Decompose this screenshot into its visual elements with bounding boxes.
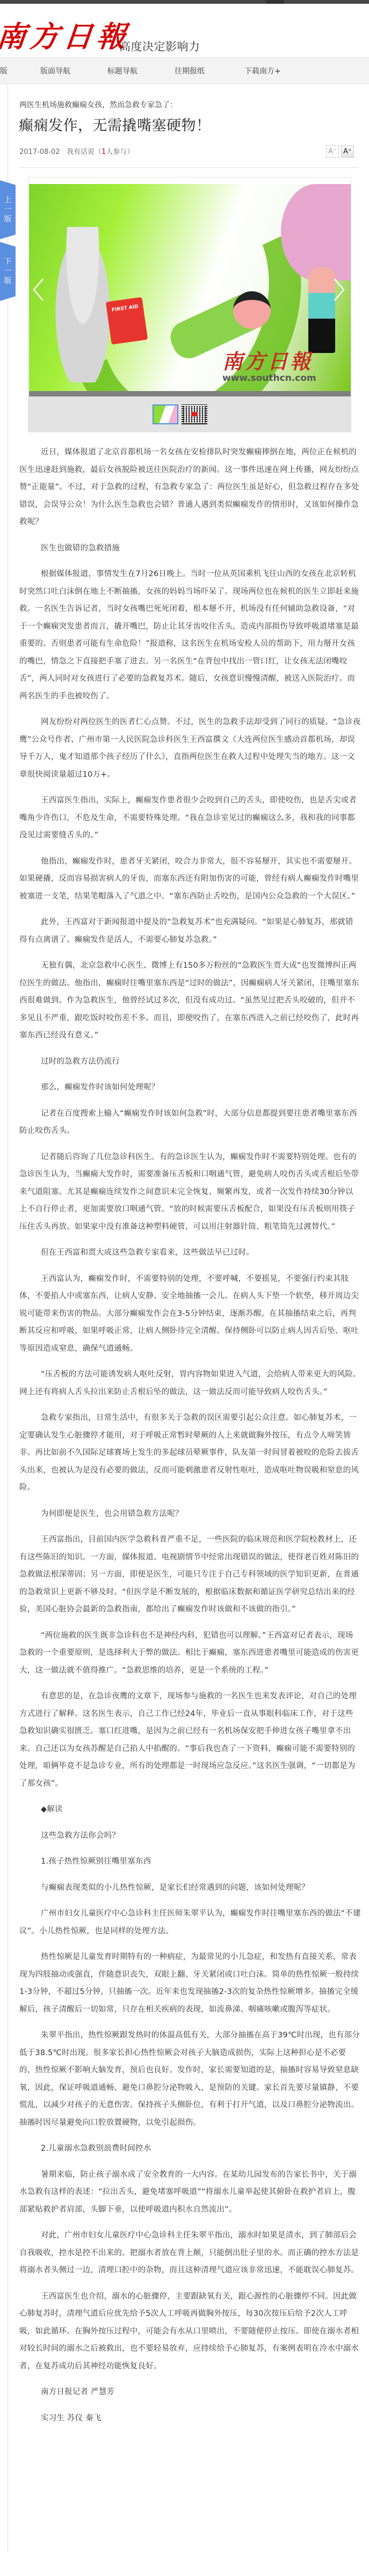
paragraph: 与癫痫表现类似的小儿热性惊厥，是家长们经常遇到的问题，该如何处理呢？ bbox=[19, 1879, 361, 1897]
paragraph: 热性惊厥是儿童发育时期特有的一种病症，为最常见的小儿急症，和发热有直接关系，常表… bbox=[19, 1948, 361, 2018]
paragraph: 根据媒体报道，事情发生在7月26日晚上。当时一位从英国乘机飞往山西的女孩在北京转… bbox=[19, 565, 361, 705]
next-tab-char: 一 bbox=[4, 267, 12, 276]
article-body: 近日，媒体报道了北京首都机场一名女孩在安检排队时突发癫痫摔倒在地，两位正在候机的… bbox=[19, 444, 361, 2435]
nav-item-title-nav[interactable]: 标题导航 bbox=[107, 65, 138, 76]
prev-tab-char: 上 bbox=[4, 195, 12, 205]
article-meta: 2017-08-02 我有话说（1人参与） bbox=[19, 146, 134, 156]
newspaper-logo[interactable]: 南方日報 bbox=[0, 18, 132, 55]
next-tab-char: 下 bbox=[4, 257, 12, 267]
paragraph: 记者在百度搜索上输入“癫痫发作时该如何急救”时，大部分信息都提到要往患者嘴里塞东… bbox=[19, 1105, 361, 1140]
chevron-right-icon bbox=[334, 278, 345, 301]
seizing-child-head bbox=[233, 291, 271, 329]
top-bar-segment bbox=[266, 0, 284, 4]
watermark-logo: 南方日報 bbox=[222, 345, 313, 374]
paragraph: 王西富指出，目前国内医学急救科普严重不足，一些医院的临床规范和医学院校教材上，还… bbox=[19, 1531, 361, 1618]
nav-item-archive[interactable]: 往期报纸 bbox=[175, 65, 205, 76]
watermark-url: www.southcn.com bbox=[222, 373, 316, 384]
main-nav: 版 版面导航 标题导航 往期报纸 下载南方+ bbox=[0, 57, 369, 84]
paragraph: 但在王西富和贾大成这些急救专家看来，这些做法早已过时。 bbox=[19, 1244, 361, 1262]
paragraph: 王西富医生指出，实际上，癫痫发作患者很少会咬到自己的舌头，即使咬伤，也是舌尖或者… bbox=[19, 792, 361, 844]
browser-top-bar bbox=[0, 0, 369, 4]
paragraph: “两位施救的医生既非急诊科也不是神经内科，犯错也可以理解。”王西富对记者表示，现… bbox=[19, 1627, 361, 1680]
paragraph: “压舌板的方法可能诱发病人呕吐反射，胃内容物如果进入气道，会给病人带来更大的风险… bbox=[19, 1366, 361, 1401]
next-edition-tab[interactable]: 下 一 版 bbox=[0, 242, 16, 301]
next-tab-char: 版 bbox=[4, 276, 12, 286]
slogan: 高度决定影响力 bbox=[119, 38, 200, 54]
bystander-boy bbox=[308, 267, 335, 353]
paragraph: 此外，王西富对于新闻报道中提及的“急救复苏术”也充满疑问。“如果是心肺复苏，那就… bbox=[19, 914, 361, 948]
article-title: 癫痫发作，无需撬嘴塞硬物！ bbox=[19, 114, 211, 135]
section-heading: 这些急救方法你会吗？ bbox=[19, 1827, 361, 1845]
prev-edition-tab[interactable]: 上 一 版 bbox=[0, 180, 16, 239]
section-heading: ◆解读 bbox=[19, 1801, 361, 1819]
section-heading: 医生也做错的急救措施 bbox=[19, 540, 361, 557]
meta-divider bbox=[19, 167, 359, 168]
first-aid-box: FIRST AID bbox=[106, 297, 148, 345]
paragraph: 那么，癫痫发作时该如何处理呢？ bbox=[19, 1079, 361, 1096]
nav-item-page-nav[interactable]: 版面导航 bbox=[40, 65, 70, 76]
qr-code-thumbnail[interactable] bbox=[182, 404, 207, 424]
paragraph: 暑期来临，防止孩子溺水成了安全教育的一大内容。在某幼儿园发布的告家长书中，关于溺… bbox=[19, 2166, 361, 2219]
byline-interns: 实习生 苏仪 秦飞 bbox=[19, 2410, 361, 2427]
image-gallery: FIRST AID 南方日報 www.southcn.com bbox=[28, 177, 351, 432]
site-header: 南方日報 高度决定影响力 bbox=[0, 4, 369, 57]
comment-link[interactable]: 我有话说（1人参与） bbox=[67, 148, 134, 156]
font-size-controls: A⁻ A⁺ bbox=[326, 145, 354, 158]
paragraph: 近日，媒体报道了北京首都机场一名女孩在安检排队时突发癫痫摔倒在地，两位正在候机的… bbox=[19, 444, 361, 531]
paragraph: 对此，广州市妇女儿童医疗中心急诊科主任朱翠平指出，溺水时如果是清水，到了肺部后会… bbox=[19, 2227, 361, 2279]
publish-date: 2017-08-02 bbox=[19, 148, 60, 156]
nav-item-download-app[interactable]: 下载南方+ bbox=[244, 65, 281, 76]
paragraph: 他指出，癫痫发作时，患者牙关紧闭，咬合力非常大，很不容易掰开，其实也不需要掰开。… bbox=[19, 853, 361, 906]
section-heading: 为何即便是医生，也会用错急救方法呢？ bbox=[19, 1505, 361, 1523]
paragraph: 有意思的是，在急诊夜鹰的文章下，现场参与施救的一名医生也来发表评论，对自己的处理… bbox=[19, 1688, 361, 1792]
paragraph: 王西富认为，癫痫发作时，不需要特别的处理，不要呼喊，不要摇晃，不要强行约束其肢体… bbox=[19, 1270, 361, 1358]
section-heading: 2.儿童溺水急救别浪费时间控水 bbox=[19, 2140, 361, 2158]
section-heading: 过时的急救方法仍流行 bbox=[19, 1053, 361, 1071]
byline-reporter: 南方日报记者 严慧芳 bbox=[19, 2383, 361, 2401]
comment-suffix: 人参与） bbox=[106, 148, 134, 156]
paragraph: 朱翠平指出，热性惊厥跟发热时的体温高低有关，大部分抽搐在高于39℃时出现，也有部… bbox=[19, 2027, 361, 2131]
paragraph: 网友纷纷对两位医生的医者仁心点赞。不过，医生的急救手法却受到了同行的质疑。“急诊… bbox=[19, 713, 361, 783]
prev-tab-char: 版 bbox=[4, 215, 12, 224]
paragraph: 王西富医生也介绍，溺水的心脏骤停，主要跟缺氧有关，跟心源性的心脏骤停不同。因此做… bbox=[19, 2288, 361, 2375]
doctor-figure bbox=[53, 227, 112, 382]
comment-prefix: 我有话说（ bbox=[67, 148, 102, 156]
font-decrease-button[interactable]: A⁻ bbox=[326, 145, 339, 158]
inset-circle-illustration bbox=[281, 184, 351, 281]
paragraph: 广州市妇女儿童医疗中心急诊科主任医师朱翠平认为，癫痫发作时往嘴里塞东西的做法“不… bbox=[19, 1905, 361, 1940]
gallery-next-arrow[interactable] bbox=[334, 278, 345, 301]
gallery-prev-arrow[interactable] bbox=[32, 278, 44, 301]
article-illustration: FIRST AID 南方日報 www.southcn.com bbox=[29, 184, 351, 391]
illustration-thumbnail[interactable] bbox=[153, 404, 178, 424]
section-heading: 1.孩子热性惊厥别往嘴里塞东西 bbox=[19, 1853, 361, 1871]
thumbnail-strip bbox=[28, 396, 351, 432]
chevron-left-icon bbox=[32, 278, 44, 301]
nav-item-edition[interactable]: 版 bbox=[0, 65, 8, 76]
article-subtitle: 两医生机场施救癫痫女孩，然而急救专家急了： bbox=[19, 99, 177, 110]
paragraph: 无独有偶，北京急救中心医生、微博上有150多万粉丝的“急救医生贾大成”也发微博纠… bbox=[19, 957, 361, 1044]
paragraph: 急救专家指出，日常生活中，有很多关于急救的误区需要引起公众注意。如心肺复苏术，一… bbox=[19, 1409, 361, 1497]
image-caption-bar bbox=[29, 391, 351, 396]
prev-tab-char: 一 bbox=[4, 205, 12, 215]
paragraph: 记者随后咨询了几位急诊科医生。有的急诊医生认为，癫痫发作时不需要特别处理。也有的… bbox=[19, 1149, 361, 1236]
font-increase-button[interactable]: A⁺ bbox=[341, 145, 354, 158]
article-container: 两医生机场施救癫痫女孩，然而急救专家急了： 癫痫发作，无需撬嘴塞硬物！ 2017… bbox=[8, 84, 369, 2552]
